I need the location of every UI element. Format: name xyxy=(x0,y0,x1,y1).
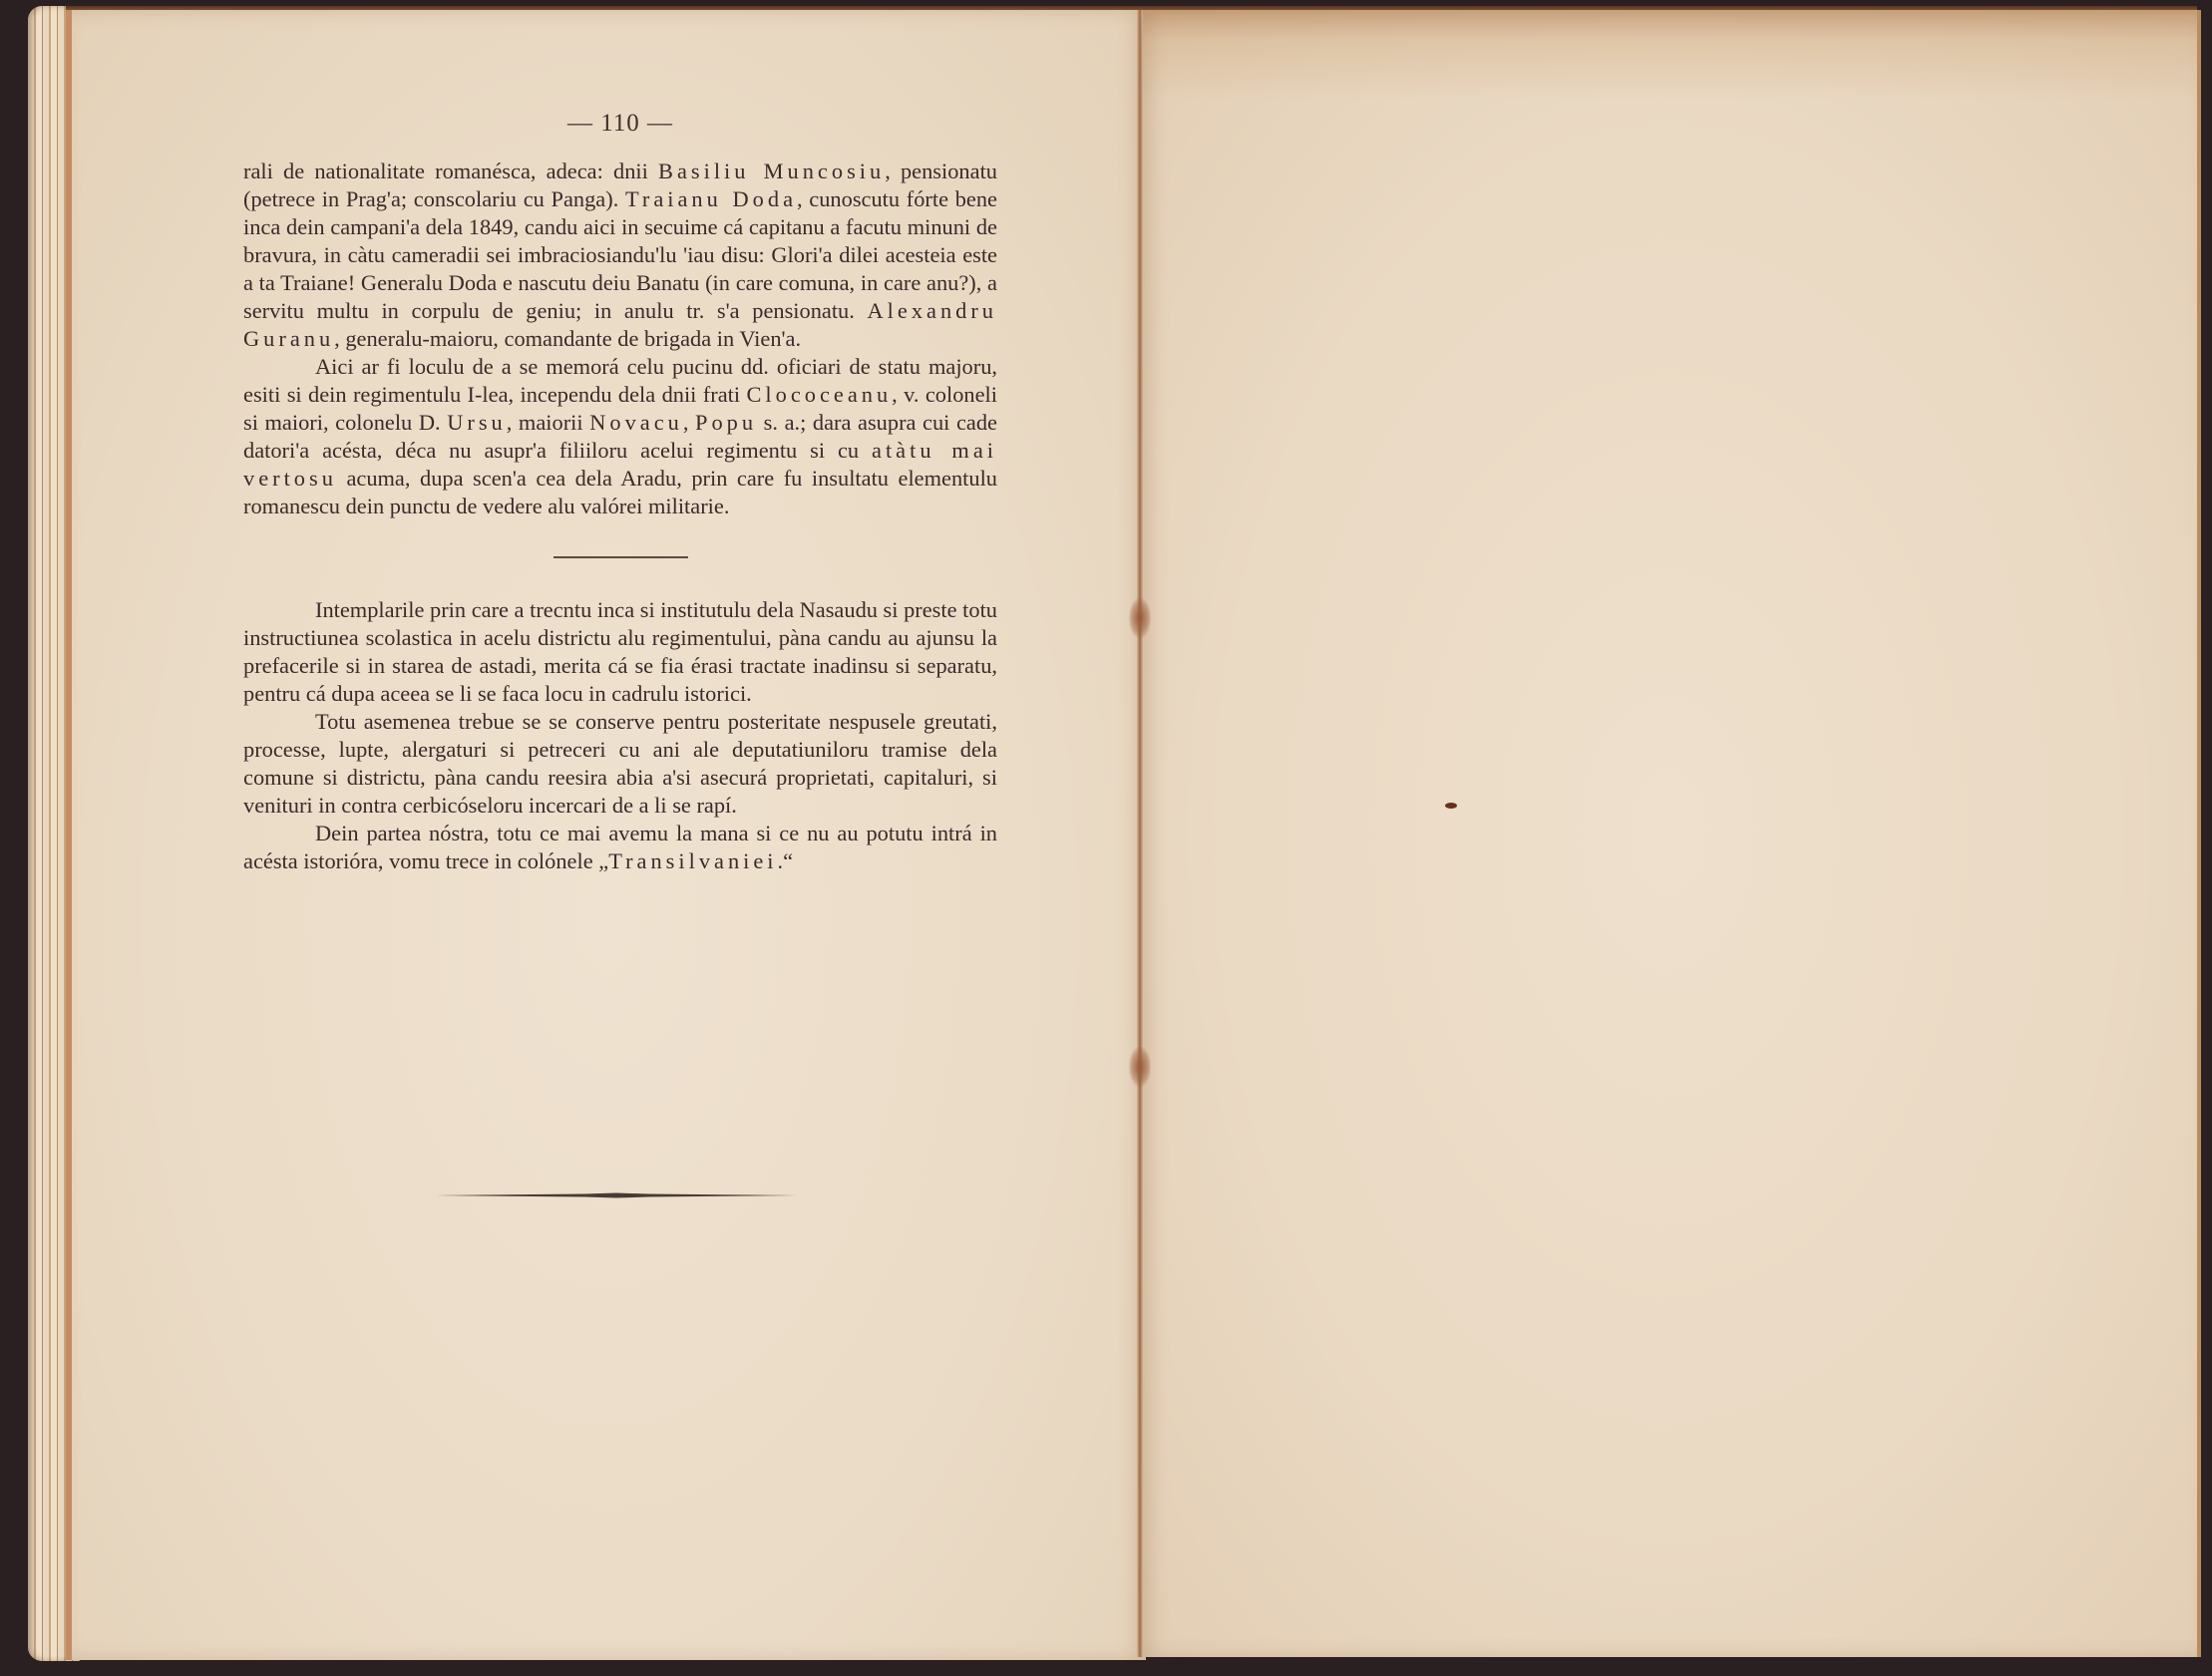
water-stain-top xyxy=(1140,10,2197,100)
spaced-name: Clococeanu xyxy=(746,382,892,407)
text-run: , maiorii xyxy=(507,410,589,435)
section-divider xyxy=(553,556,688,558)
spaced-name: Transilvaniei xyxy=(608,848,777,873)
spaced-name: Popu xyxy=(695,410,757,435)
text-column: — 110 — rali de nationalitate romanésca,… xyxy=(243,100,997,875)
binding-stitch-icon xyxy=(1129,598,1151,638)
book-spread: — 110 — rali de nationalitate romanésca,… xyxy=(0,0,2212,1676)
page-number: — 110 — xyxy=(243,110,997,138)
text-run: Intemplarile prin care a trecntu inca si… xyxy=(243,597,997,706)
book-gutter xyxy=(1137,10,1143,1657)
text-run: , xyxy=(683,410,695,435)
paragraph: Aici ar fi loculu de a se memorá celu pu… xyxy=(243,353,997,520)
text-run: .“ xyxy=(778,848,794,873)
spaced-name: Novacu xyxy=(589,410,683,435)
text-run: acuma, dupa scen'a cea dela Aradu, prin … xyxy=(243,466,997,518)
right-page-blank xyxy=(1140,10,2201,1657)
ink-spot xyxy=(1445,803,1457,809)
binding-stitch-icon xyxy=(1129,1047,1151,1087)
paragraph: Intemplarile prin care a trecntu inca si… xyxy=(243,596,997,708)
paragraph: Totu asemenea trebue se se conserve pent… xyxy=(243,708,997,820)
text-run: , generalu-maioru, comandante de brigada… xyxy=(334,326,801,351)
paragraph: Dein partea nóstra, totu ce mai avemu la… xyxy=(243,820,997,875)
text-run: rali de nationalitate romanésca, adeca: … xyxy=(243,159,658,183)
spaced-name: Traianu Doda xyxy=(625,186,797,211)
text-run: Totu asemenea trebue se se conserve pent… xyxy=(243,709,997,818)
spaced-name: Basiliu Muncosiu xyxy=(658,159,885,183)
paragraph: rali de nationalitate romanésca, adeca: … xyxy=(243,158,997,353)
paragraphs: rali de nationalitate romanésca, adeca: … xyxy=(243,158,997,875)
spaced-name: Ursu xyxy=(447,410,507,435)
ornamental-end-rule xyxy=(435,1192,798,1198)
